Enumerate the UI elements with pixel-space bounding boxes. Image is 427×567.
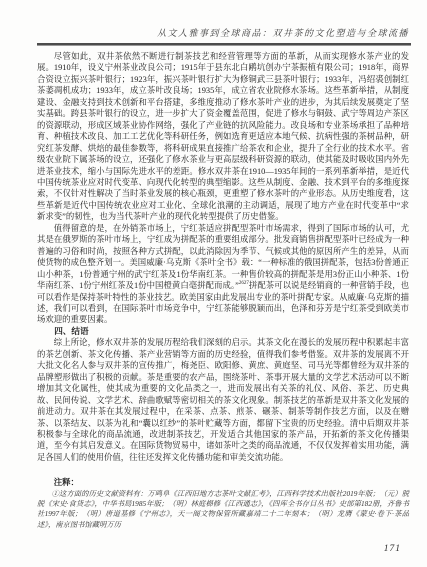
paragraph-conclusion: 综上所论，修水双井茶的发展历程给我们深刻的启示。其茶文化在漫长的发展历程中积累起…: [37, 337, 409, 463]
paragraph-export-blend: 值得留意的是，在外销茶市场上，宁红茶适应拼配型茶叶市场需求，得到了国际市场的认可…: [37, 223, 409, 326]
scanned-paper-page: 从文人雅事到全球商品：双井茶的文化塑造与全球流播 尽管如此，双井茶依然不断进行制…: [0, 0, 427, 567]
section-heading-conclusion: 四、结语: [37, 326, 409, 337]
citation-superscript: 2627: [239, 281, 249, 286]
paragraph-innovation-history: 尽管如此，双井茶依然不断进行制茶技艺和经营管理等方面的革新，从而实现修水茶产业的…: [37, 51, 409, 223]
page-number: 171: [384, 544, 401, 554]
notes-block: 注释： ①这方面的历史文献资料有：万鸣阜《江西旧地方志茶叶文献汇考》，江西科学技…: [37, 477, 409, 530]
article-body: 尽管如此，双井茶依然不断进行制茶技艺和经营管理等方面的革新，从而实现修水茶产业的…: [37, 51, 409, 530]
running-title: 从文人雅事到全球商品：双井茶的文化塑造与全球流播: [37, 26, 409, 39]
header-rule: [37, 43, 411, 46]
notes-label: 注释：: [37, 477, 409, 488]
footnote-1: ①这方面的历史文献资料有：万鸣阜《江西旧地方志茶叶文献汇考》，江西科学技术出版社…: [37, 489, 409, 530]
